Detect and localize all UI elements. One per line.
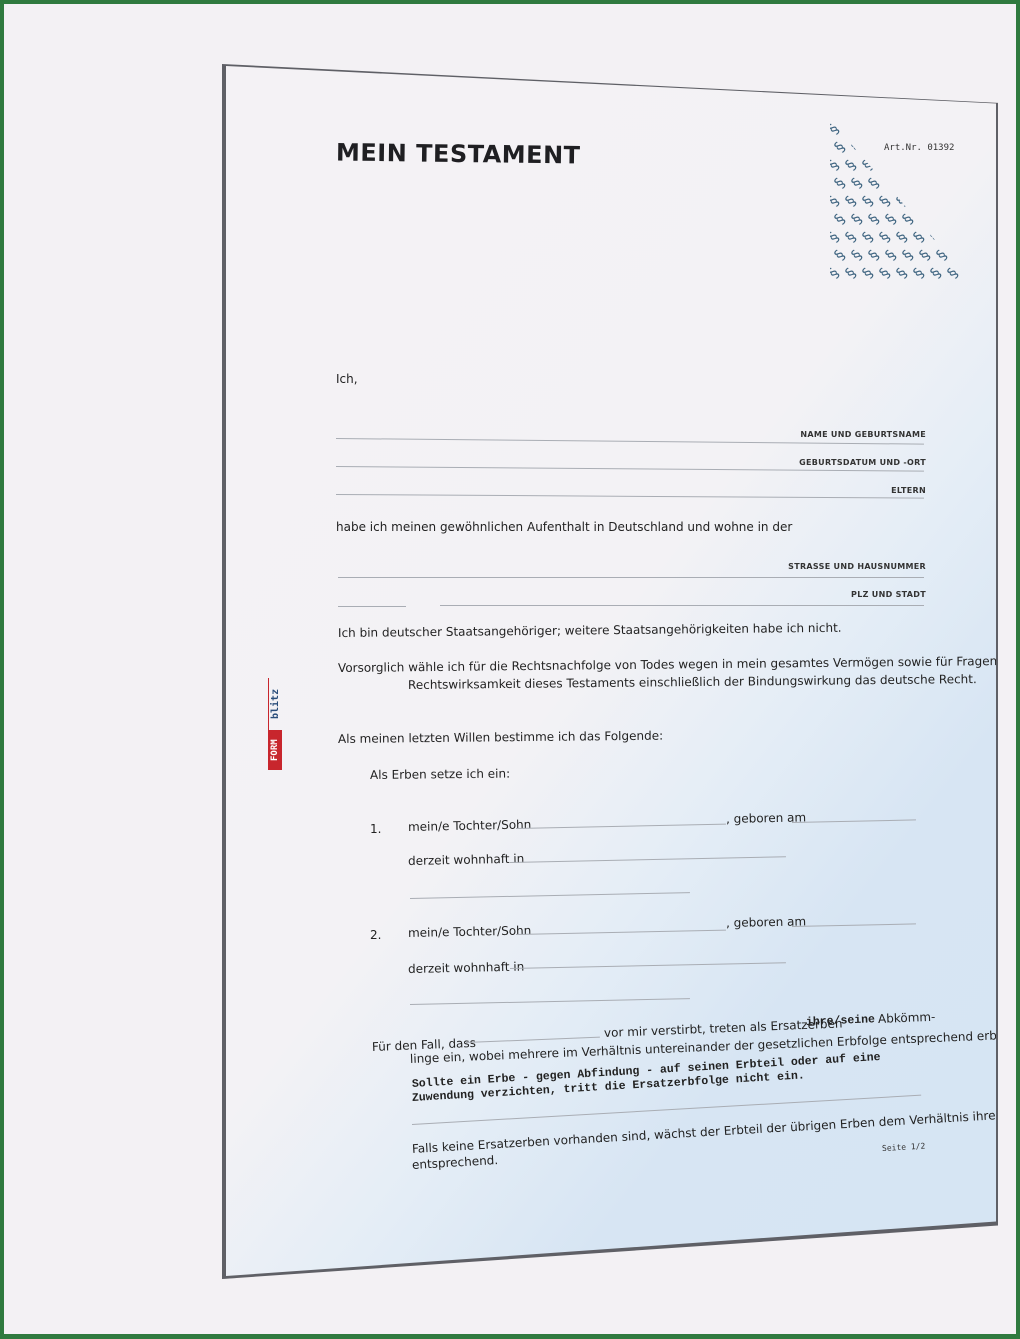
paragraph-glyph: § [949, 174, 968, 191]
paragraph-glyph: § [960, 228, 970, 245]
heir-2-number: 2. [370, 928, 381, 942]
paragraph-glyph: § [864, 138, 883, 155]
heir-1-residence-label: derzeit wohnhaft in [408, 852, 525, 868]
paragraph-glyph: § [943, 120, 962, 137]
background: MEIN TESTAMENT Art.Nr. 01392 §§§§§§§§§§§… [4, 4, 1016, 1334]
heirs-heading: Als Erben setze ich ein: [370, 767, 510, 782]
substitute-choice: ihre/seine [806, 1013, 875, 1029]
paragraph-glyph: § [892, 228, 911, 245]
paragraph-glyph: § [915, 210, 934, 227]
heir-2-residence-label: derzeit wohnhaft in [408, 960, 525, 976]
paragraph-glyph: § [966, 246, 970, 263]
paragraph-glyph: § [898, 246, 917, 263]
paragraph-glyph: § [841, 120, 860, 137]
paragraph-glyph: § [881, 210, 900, 227]
citizenship-text: Ich bin deutscher Staatsangehöriger; wei… [338, 621, 842, 640]
formblitz-logo: blitz FORM [268, 678, 282, 770]
law-choice-line2: Rechtswirksamkeit dieses Testaments eins… [408, 672, 977, 692]
paragraph-glyph: § [960, 120, 970, 137]
paragraph-glyph: § [830, 246, 849, 263]
paragraph-glyph: § [847, 174, 866, 191]
paragraph-glyph: § [898, 210, 917, 227]
paragraph-glyph: § [858, 120, 877, 137]
paragraph-glyph: § [864, 174, 883, 191]
paragraph-glyph: § [847, 246, 866, 263]
paragraph-glyph: § [875, 228, 894, 245]
paragraph-glyph: § [892, 264, 911, 280]
paragraph-glyph: § [909, 156, 928, 173]
logo-form: FORM [268, 730, 282, 770]
street-field[interactable] [338, 577, 924, 578]
paragraph-glyph: § [943, 192, 962, 209]
paragraph-glyph: § [858, 156, 877, 173]
paragraph-glyph: § [881, 246, 900, 263]
parents-field[interactable] [336, 494, 924, 499]
paragraph-glyph: § [841, 192, 860, 209]
paragraph-glyph: § [892, 120, 911, 137]
paragraph-glyph: § [966, 138, 970, 155]
paragraph-glyph: § [926, 228, 945, 245]
intro-ich: Ich, [336, 372, 358, 386]
paragraph-glyph: § [960, 264, 970, 280]
birth-field-label: GEBURTSDATUM UND -ORT [799, 458, 926, 467]
paragraph-glyph: § [949, 246, 968, 263]
heir-2-residence-field-2[interactable] [410, 998, 690, 1005]
paragraph-glyph: § [875, 156, 894, 173]
heir-1-relation: mein/e Tochter/Sohn [408, 817, 532, 834]
paragraph-glyph: § [949, 210, 968, 227]
paragraph-glyph: § [830, 264, 843, 280]
paragraph-glyph: § [841, 228, 860, 245]
heir-1-name-field[interactable] [516, 824, 726, 829]
paragraph-glyph: § [926, 192, 945, 209]
paragraph-glyph: § [830, 210, 849, 227]
zip-field[interactable] [338, 606, 406, 607]
parents-field-label: ELTERN [891, 486, 926, 495]
heir-2-name-field[interactable] [516, 930, 726, 935]
heir-2-residence-field[interactable] [510, 962, 786, 969]
paragraph-glyph: § [841, 264, 860, 280]
will-heading: Als meinen letzten Willen bestimme ich d… [338, 729, 663, 746]
heir-2-birthdate-field[interactable] [792, 923, 916, 927]
paragraph-glyph: § [898, 174, 917, 191]
accrual-line1: Falls keine Ersatzerben vorhanden sind, … [412, 1105, 1020, 1156]
paragraph-glyph: § [943, 228, 962, 245]
paragraph-glyph: § [830, 192, 843, 209]
residence-text: habe ich meinen gewöhnlichen Aufenthalt … [336, 520, 792, 534]
document-title: MEIN TESTAMENT [336, 139, 581, 170]
paragraph-glyph: § [841, 156, 860, 173]
paragraph-glyph: § [966, 210, 970, 227]
heir-1-birthdate-field[interactable] [792, 819, 916, 823]
paragraph-glyph: § [909, 192, 928, 209]
paragraph-glyph: § [943, 156, 962, 173]
logo-blitz: blitz [268, 678, 283, 730]
paragraph-glyph: § [830, 174, 849, 191]
paragraph-glyph: § [830, 120, 843, 137]
paragraph-glyph: § [875, 192, 894, 209]
paragraph-glyph: § [830, 228, 843, 245]
paragraph-glyph: § [875, 120, 894, 137]
paragraph-glyph: § [830, 138, 849, 155]
paragraph-glyph: § [966, 174, 970, 191]
substitute-name-field[interactable] [466, 1037, 600, 1043]
paragraph-glyph: § [909, 120, 928, 137]
paragraph-glyph: § [875, 264, 894, 280]
paragraph-glyph: § [915, 174, 934, 191]
heir-1-residence-field-2[interactable] [410, 892, 690, 899]
paragraph-glyph: § [864, 246, 883, 263]
page-number: Seite 1/2 [882, 1142, 926, 1153]
paragraph-glyph: § [909, 264, 928, 280]
paragraph-glyph: § [909, 228, 928, 245]
paragraph-glyph: § [932, 174, 951, 191]
paragraph-glyph: § [858, 192, 877, 209]
paragraph-glyph: § [858, 228, 877, 245]
paragraph-glyph: § [892, 156, 911, 173]
paragraph-glyph: § [932, 210, 951, 227]
paragraph-glyph: § [881, 174, 900, 191]
paragraph-glyph: § [932, 246, 951, 263]
paragraph-glyph: § [892, 192, 911, 209]
city-field[interactable] [440, 605, 924, 606]
paragraph-glyph: § [960, 192, 970, 209]
heir-2-born-label: , geboren am [726, 914, 806, 930]
article-number: Art.Nr. 01392 [884, 143, 954, 153]
street-field-label: STRASSE UND HAUSNUMMER [788, 562, 926, 571]
paragraph-glyph: § [915, 246, 934, 263]
heir-2-relation: mein/e Tochter/Sohn [408, 923, 532, 940]
paragraph-glyph: § [926, 120, 945, 137]
paragraph-glyph: § [943, 264, 962, 280]
name-field-label: NAME UND GEBURTSNAME [800, 430, 926, 439]
heir-1-number: 1. [370, 822, 381, 836]
paragraph-glyph: § [926, 264, 945, 280]
paragraph-glyph: § [858, 264, 877, 280]
heir-1-born-label: , geboren am [726, 810, 806, 826]
accrual-line2: entsprechend. [412, 1153, 499, 1172]
paragraph-glyph: § [960, 156, 970, 173]
paragraph-glyph: § [926, 156, 945, 173]
substitute-suffix: Abkömm- [878, 1010, 936, 1026]
paragraph-glyph: § [847, 210, 866, 227]
paragraph-glyph: § [864, 210, 883, 227]
document-page: MEIN TESTAMENT Art.Nr. 01392 §§§§§§§§§§§… [226, 66, 996, 1276]
heir-1-residence-field[interactable] [510, 856, 786, 863]
paragraph-glyph: § [847, 138, 866, 155]
city-field-label: PLZ UND STADT [851, 590, 926, 599]
paragraph-glyph: § [830, 156, 843, 173]
